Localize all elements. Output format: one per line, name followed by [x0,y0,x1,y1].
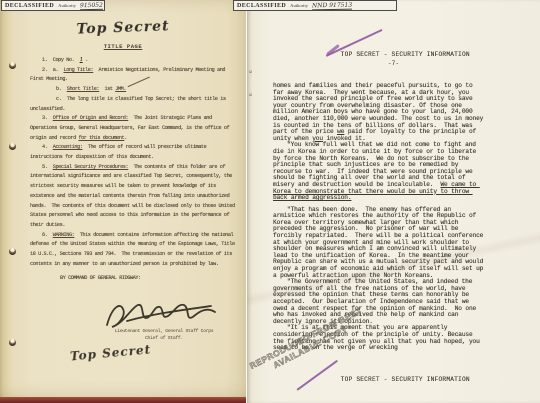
text-segment: 2. a. [42,67,64,73]
text-segment: 4. [42,144,53,150]
signature-title-line: Lieutenant General, General Staff Corps [88,329,240,334]
text-segment: BY COMMAND OF GENERAL RIDGWAY: [60,275,141,281]
security-banner-footer: TOP SECRET - SECURITY INFORMATION [247,369,540,390]
text-segment: Office of Origin and Record: [53,115,128,121]
speech-paragraph: "You know full well that we did not come… [273,142,485,201]
page-bottom-edge [0,397,246,403]
text-segment: c. The long title is classified Top Secr… [30,96,228,112]
declassified-label: DECLASSIFIED [237,3,286,9]
title-page-item: c. The long title is classified Top Secr… [30,95,237,114]
left-document-page: DECLASSIFIED Authority 915052 Top Secret… [0,0,246,403]
page-number: -7- [247,60,540,67]
signature [97,298,225,332]
banner-text: TOP [341,51,357,58]
declassified-label: DECLASSIFIED [5,3,54,9]
text-segment: 5. [42,164,53,170]
speech-paragraph: "The Government of the United States, an… [273,279,485,325]
banner-struck-word: SECRET [356,376,379,383]
text-segment: The contents of this folder are of inter… [30,164,237,228]
hole-punch [249,70,252,73]
authority-label: Authority [290,3,308,8]
title-page-item: b. Short Title: 1st JMM. [30,85,237,95]
title-page-item: 1. Copy No. 1 . [30,56,237,66]
text-segment: JMM. [115,86,126,92]
text-segment: "The Government of the United States, an… [273,278,480,325]
title-page-item: BY COMMAND OF GENERAL RIDGWAY: [60,274,237,284]
text-segment: 1st [99,86,115,92]
banner-text: - SECURITY INFORMATION [380,51,470,58]
text-segment: "That has been done. The enemy has offer… [273,206,487,279]
text-segment: Special Security Procedures: [53,164,128,170]
title-page-item: 5. Special Security Procedures: The cont… [30,163,237,231]
declassified-stamp-right: DECLASSIFIED Authority NND 917513 [233,0,397,11]
text-segment: Accounting: [53,144,83,150]
declassified-stamp-left: DECLASSIFIED Authority 915052 [1,0,105,11]
text-segment: 3. [42,115,53,121]
text-segment: b. [56,86,67,92]
title-page-item: 4. Accounting: The office of record will… [30,143,237,162]
title-page-body: 1. Copy No. 1 .2. a. Long Title: Armisti… [30,56,237,284]
hole-punch [9,339,16,346]
hole-punch [9,62,16,69]
text-segment: Long Title: [64,67,94,73]
banner-struck-word: SECRET [356,51,379,58]
hole-punch [9,143,16,150]
text-segment: . [83,57,88,63]
speech-paragraph: homes and families and their peaceful pu… [273,83,485,142]
scanned-documents-view: DECLASSIFIED Authority 915052 Top Secret… [0,0,540,403]
text-segment: 6. [42,232,53,238]
title-page-item: 6. WARNING: This document contains infor… [30,231,237,270]
hole-punch [249,93,252,96]
text-segment: for this document [78,135,124,141]
banner-text: - SECURITY INFORMATION [380,376,470,383]
speech-paragraph: "That has been done. The enemy has offer… [273,207,485,280]
title-page-item: 2. a. Long Title: Armistice Negotiations… [30,66,237,85]
handwritten-top-secret-footer: Top Secret [70,342,152,363]
title-page-heading: TITLE PAGE [0,43,246,50]
text-segment: WARNING: [53,232,75,238]
handwritten-top-secret-header: Top Secret [0,16,246,41]
signature-role-line: Chief of Staff. [88,336,240,341]
authority-number: 915052 [80,1,103,9]
text-segment: Short Title: [67,86,99,92]
title-page-item: 3. Office of Origin and Record: The Join… [30,114,237,143]
speech-text-body: homes and families and their peaceful pu… [273,83,485,352]
authority-label: Authority [58,3,76,8]
hole-punch [9,248,16,255]
text-segment: . [124,135,127,141]
authority-number: NND 917513 [312,1,352,10]
text-segment: 1. Copy No. [42,57,80,63]
banner-text: TOP [341,376,357,383]
